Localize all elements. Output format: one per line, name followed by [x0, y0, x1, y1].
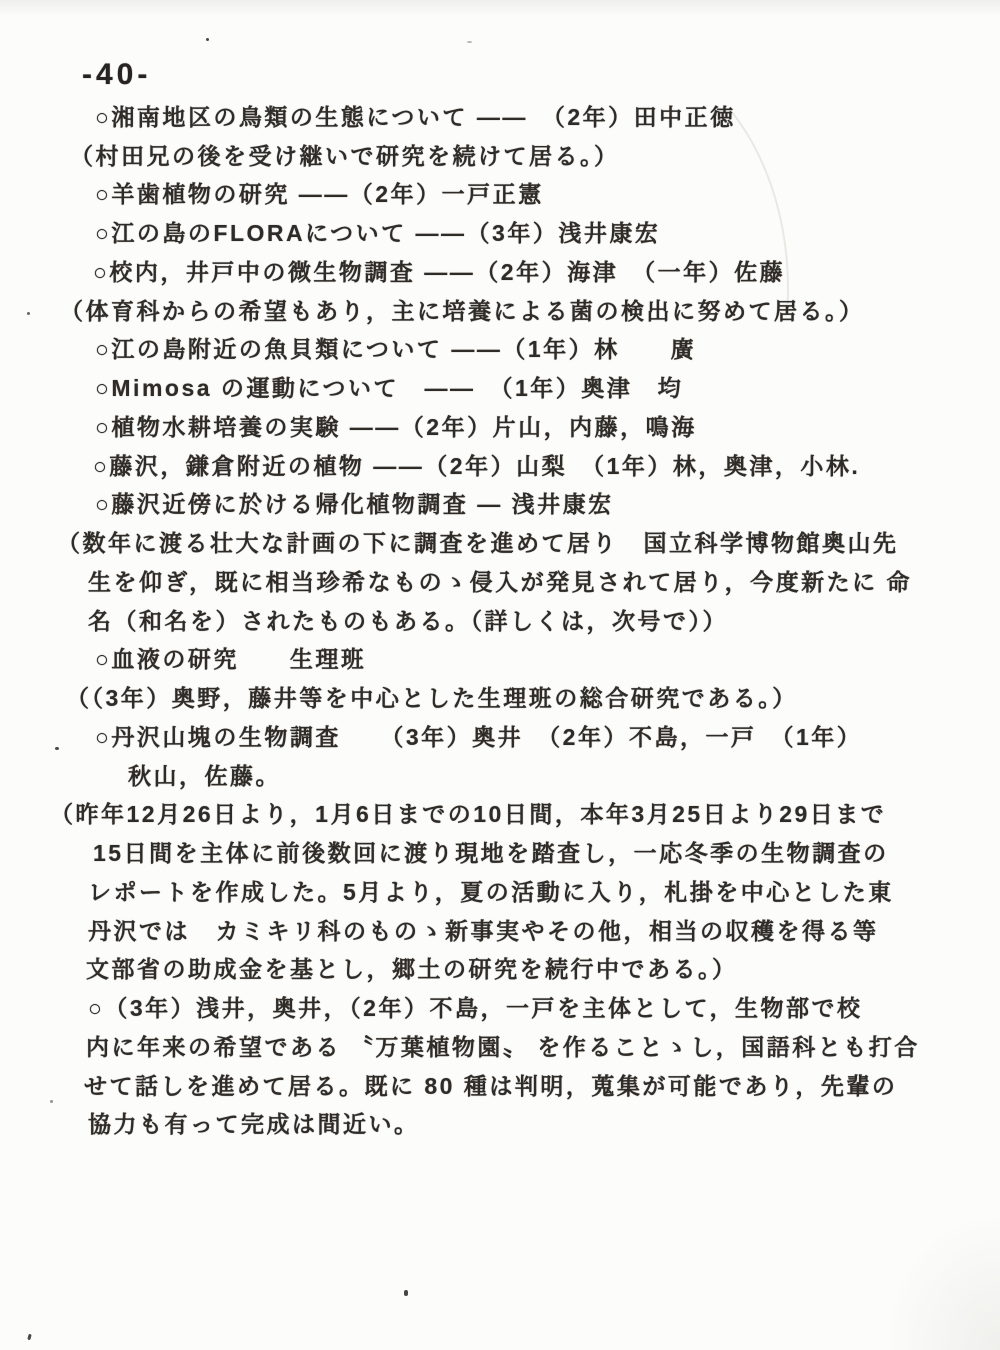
text-line: ○Mimosa の運動について ―― （1年）奥津 均: [0, 367, 1000, 406]
text-line: 協力も有って完成は間近い。: [0, 1104, 1000, 1143]
scan-corner-shadow: [880, 1210, 1000, 1350]
text-line: 生を仰ぎ，既に相当珍希なものゝ侵入が発見されて居り，今度新たに 命: [0, 561, 1000, 600]
text-line: （（3年）奥野，藤井等を中心とした生理班の総合研究である。）: [0, 677, 1000, 716]
text-line: ○湘南地区の鳥類の生態について ―― （2年）田中正徳: [0, 96, 1000, 135]
ink-speck: [27, 1334, 31, 1341]
text-line: ○江の島のFLORAについて ――（3年）浅井康宏: [0, 212, 1000, 251]
ink-speck: [50, 1100, 53, 1103]
ink-speck: [206, 38, 209, 41]
text-line: 秋山，佐藤。: [0, 755, 1000, 794]
text-line: ○藤沢近傍に於ける帰化植物調査 ― 浅井康宏: [0, 484, 1000, 523]
text-line: ○植物水耕培養の実験 ――（2年）片山，内藤，鳴海: [0, 406, 1000, 445]
document-lines: ○湘南地区の鳥類の生態について ―― （2年）田中正徳（村田兄の後を受け継いで研…: [0, 96, 1000, 1142]
text-line: ○丹沢山塊の生物調査 （3年）奥井 （2年）不島，一戸 （1年）: [0, 716, 1000, 755]
text-line: ○血液の研究 生理班: [0, 639, 1000, 678]
text-line: ○藤沢，鎌倉附近の植物 ――（2年）山梨 （1年）林，奥津，小林.: [0, 445, 1000, 484]
text-line: （村田兄の後を受け継いで研究を続けて居る。）: [0, 135, 1000, 174]
text-line: 名（和名を）されたものもある。（詳しくは，次号で））: [0, 600, 1000, 639]
text-line: （体育科からの希望もあり，主に培養による菌の検出に努めて居る。）: [0, 290, 1000, 329]
scanned-document-page: -40- ○湘南地区の鳥類の生態について ―― （2年）田中正徳（村田兄の後を受…: [0, 0, 1000, 1350]
text-line: ○江の島附近の魚貝類について ――（1年）林 廣: [0, 329, 1000, 368]
text-line: 丹沢では カミキリ科のものゝ新事実やその他，相当の収穫を得る等: [0, 910, 1000, 949]
text-line: レポートを作成した。5月より，夏の活動に入り，札掛を中心とした東: [0, 871, 1000, 910]
ink-speck: [27, 312, 30, 315]
ink-speck: [55, 747, 59, 750]
text-line: （昨年12月26日より，1月6日までの10日間，本年3月25日より29日まで: [0, 794, 1000, 833]
text-line: 文部省の助成金を基とし，郷土の研究を続行中である。）: [0, 949, 1000, 988]
ink-speck: [467, 41, 472, 43]
text-line: ○（3年）浅井，奥井，（2年）不島，一戸を主体として，生物部で校: [0, 987, 1000, 1026]
text-line: せて話しを進めて居る。既に 80 種は判明，蒐集が可能であり，先輩の: [0, 1065, 1000, 1104]
ink-speck: [404, 1290, 408, 1296]
text-line: 内に年来の希望である 〝万葉植物園〟 を作ることゝし，国語科とも打合: [0, 1026, 1000, 1065]
text-line: （数年に渡る壮大な計画の下に調査を進めて居り 国立科学博物館奥山先: [0, 522, 1000, 561]
text-line: 15日間を主体に前後数回に渡り現地を踏査し，一応冬季の生物調査の: [0, 832, 1000, 871]
text-line: ○校内，井戸中の微生物調査 ――（2年）海津 （一年）佐藤: [0, 251, 1000, 290]
page-number: -40-: [82, 58, 151, 92]
scan-edge-shadow: [0, 0, 1000, 16]
text-line: ○羊歯植物の研究 ――（2年）一戸正憲: [0, 174, 1000, 213]
